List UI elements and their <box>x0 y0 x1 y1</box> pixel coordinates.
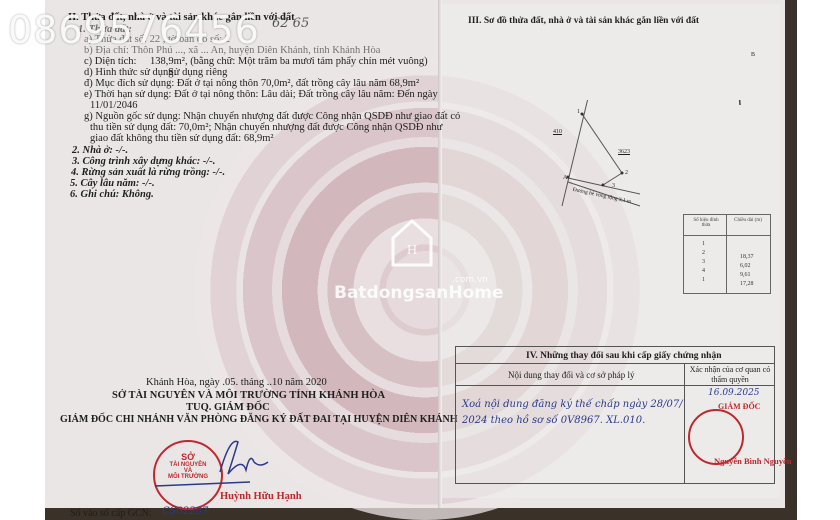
point-label-1: 1 <box>577 106 580 118</box>
table-cell-point: 2 <box>702 249 705 257</box>
confirm-signer: Nguyễn Bình Nguyên <box>714 455 791 467</box>
parcel-label-right: 3623 <box>618 146 630 158</box>
signature-huynh-huu-hanh <box>150 432 270 492</box>
changes-col-header: Nội dung thay đổi và cơ sở pháp lý <box>508 369 635 381</box>
house-logo-icon: H <box>390 218 434 268</box>
svg-text:H: H <box>407 243 417 257</box>
signer-role-2: GIÁM ĐỐC CHI NHÁNH VĂN PHÒNG ĐĂNG KÝ ĐẤT… <box>60 414 458 426</box>
point-label-2: 2 <box>625 167 628 179</box>
parcel-label-left: 410 <box>553 126 562 138</box>
point-label-b: B <box>751 49 755 61</box>
section4-title: IV. Những thay đổi sau khi cấp giấy chứn… <box>526 350 722 362</box>
point-label-a: A <box>563 172 567 184</box>
change-entry-line-1: Xoá nội dung đăng ký thế chấp ngày 28/07… <box>462 399 683 411</box>
table-cell-length: 17,28 <box>740 280 754 288</box>
edge-length-table: Số hiệu đỉnh thửa Chiều dài (m) 1218,373… <box>683 214 771 294</box>
handwritten-note: 62 65 <box>272 18 309 30</box>
table-cell-length: 18,37 <box>740 253 754 261</box>
phone-watermark: 0869576456 <box>8 8 260 52</box>
signer-role-1: TUQ. GIÁM ĐỐC <box>186 402 270 414</box>
table-header-length: Chiều dài (m) <box>730 218 766 223</box>
section3-title: III. Sơ đồ thửa đất, nhà ở và tài sản kh… <box>468 15 699 27</box>
table-cell-point: 3 <box>702 258 705 266</box>
change-entry-line-2: 2024 theo hồ sơ số 0V8967. XL.010. <box>462 415 645 427</box>
parcel-diagram <box>540 100 780 220</box>
origin-line-3: giao đất không thu tiền sử dụng đất: 68,… <box>90 133 274 145</box>
table-cell-point: 1 <box>702 276 705 284</box>
table-cell-length: 6,02 <box>740 262 751 270</box>
sign-place-date: Khánh Hòa, ngày .05. tháng ..10 năm 2020 <box>146 377 327 389</box>
cert-number-value: CS02287 <box>162 506 208 518</box>
table-cell-point: 1 <box>702 240 705 248</box>
watermark-brand: BatdongsanHome <box>334 283 504 303</box>
table-header-point: Số hiệu đỉnh thửa <box>690 218 722 228</box>
confirm-col-header: Xác nhận của cơ quan có thẩm quyền <box>688 365 772 385</box>
changes-section: IV. Những thay đổi sau khi cấp giấy chứn… <box>455 346 775 484</box>
item-notes: 6. Ghi chú: Không. <box>70 189 154 201</box>
table-cell-length: 9,61 <box>740 271 751 279</box>
confirm-date: 16.09.2025 <box>708 387 760 399</box>
issuing-org: SỞ TÀI NGUYÊN VÀ MÔI TRƯỜNG TỈNH KHÁNH H… <box>112 390 385 402</box>
signer-name: Huỳnh Hữu Hạnh <box>220 491 302 503</box>
table-cell-point: 4 <box>702 267 705 275</box>
cert-number-label: Số vào sổ cấp GCN: <box>70 508 152 520</box>
page-fold <box>438 0 442 508</box>
point-label-3: 3 <box>612 180 615 192</box>
